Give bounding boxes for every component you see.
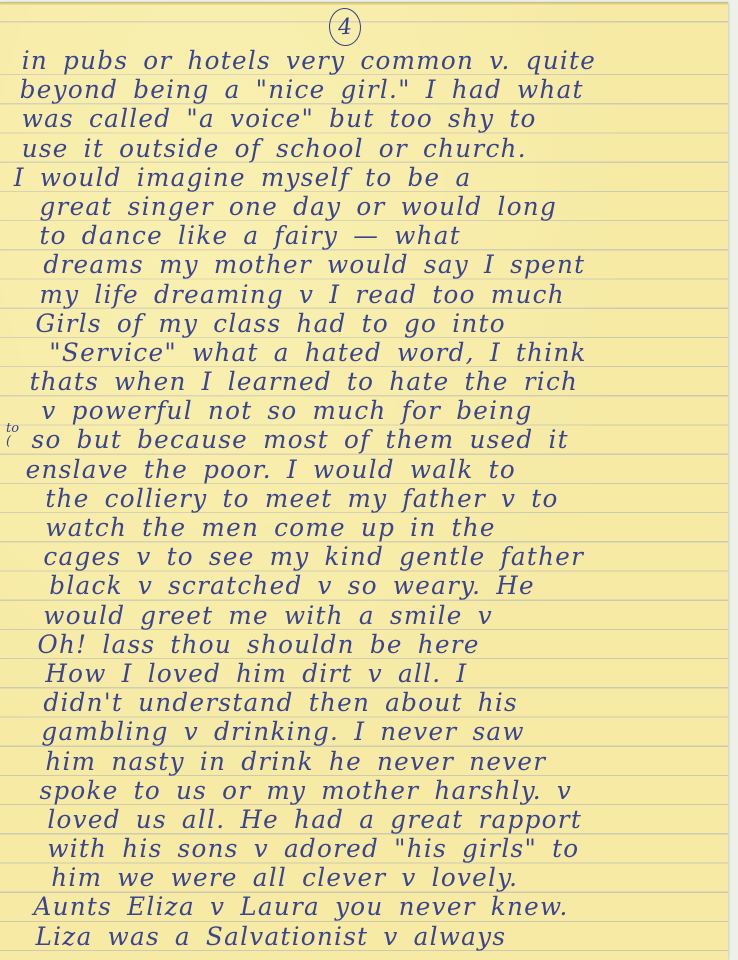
text-line: black v scratched v so weary. He (0, 571, 718, 600)
text-line: him we were all clever v lovely. (0, 863, 718, 892)
paper-top-edge (0, 2, 728, 5)
text-line: use it outside of school or church. (0, 134, 718, 163)
text-line: "Service" what a hated word, I think (0, 338, 718, 367)
text-line: my life dreaming v I read too much (0, 280, 718, 309)
page-number: 4 (337, 14, 353, 40)
notebook-page: 4 to ( in pubs or hotels very common v. … (0, 2, 728, 960)
text-line: to dance like a fairy — what (0, 221, 718, 250)
text-line: was called "a voice" but too shy to (0, 104, 718, 133)
text-line: great singer one day or would long (0, 192, 718, 221)
text-line: Girls of my class had to go into (0, 309, 718, 338)
text-line: enslave the poor. I would walk to (0, 455, 718, 484)
text-line: in pubs or hotels very common v. quite (0, 46, 718, 75)
text-line: I would imagine myself to be a (0, 163, 718, 192)
text-line: with his sons v adored "his girls" to (0, 834, 718, 863)
text-line: Oh! lass thou shouldn be here (0, 630, 718, 659)
text-line: beyond being a "nice girl." I had what (0, 75, 718, 104)
text-line: Liza was a Salvationist v always (0, 922, 718, 951)
text-line: watch the men come up in the (0, 513, 718, 542)
text-line: the colliery to meet my father v to (0, 484, 718, 513)
text-line: him nasty in drink he never never (0, 747, 718, 776)
text-line: loved us all. He had a great rapport (0, 805, 718, 834)
text-line: thats when I learned to hate the rich (0, 367, 718, 396)
text-line: gambling v drinking. I never saw (0, 717, 718, 746)
text-line: cages v to see my kind gentle father (0, 542, 718, 571)
text-line: dreams my mother would say I spent (0, 250, 718, 279)
text-line: How I loved him dirt v all. I (0, 659, 718, 688)
page-number-circle: 4 (328, 7, 363, 47)
handwritten-text-body: in pubs or hotels very common v. quite b… (0, 46, 728, 951)
text-line: Aunts Eliza v Laura you never knew. (0, 892, 718, 921)
text-line: didn't understand then about his (0, 688, 718, 717)
text-line: would greet me with a smile v (0, 601, 718, 630)
text-line: v powerful not so much for being (0, 396, 718, 425)
text-line: so but because most of them used it (0, 425, 718, 454)
text-line: spoke to us or my mother harshly. v (0, 776, 718, 805)
